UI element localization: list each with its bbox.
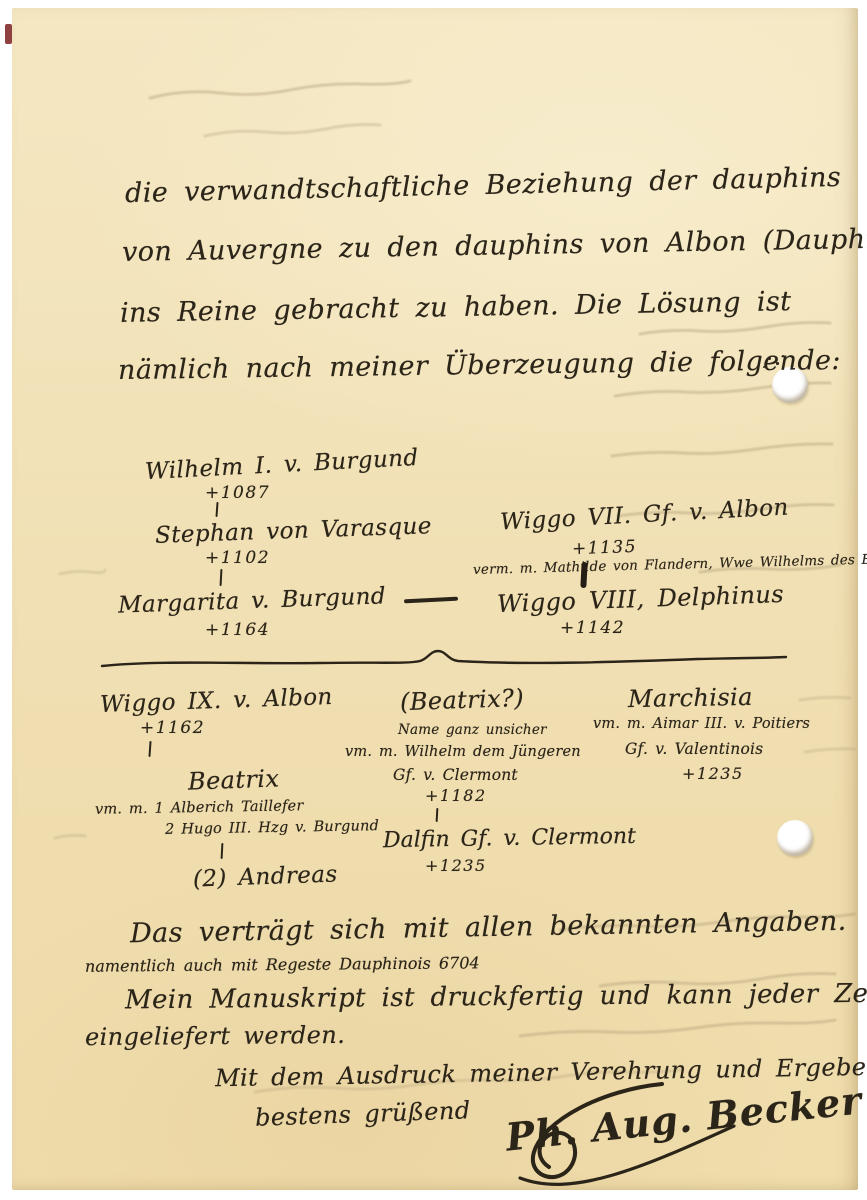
tree-person-wiggo8-death: +1142 [560, 618, 625, 638]
tree-person-beatrix2-name: (Beatrix?) [400, 684, 525, 716]
tree-person-beatrix2-title-note: Gf. v. Clermont [393, 766, 518, 784]
tree-person-wilhelm-death: +1087 [205, 483, 270, 503]
red-edge-mark [5, 24, 12, 44]
tree-person-marchisia-marriage-note: vm. m. Aimar III. v. Poitiers [593, 716, 810, 732]
tree-person-wiggo9-death: +1162 [140, 718, 205, 738]
punch-hole-bottom [777, 820, 813, 856]
tree-person-marchisia-title-note: Gf. v. Valentinois [625, 740, 763, 758]
closing-line-4: eingeliefert werden. [85, 1021, 345, 1051]
tree-person-beatrix-name: Beatrix [188, 764, 280, 795]
tree-person-beatrix2-marriage-note: vm. m. Wilhelm dem Jüngeren [345, 744, 581, 760]
scanned-letter-page: die verwandtschaftliche Beziehung der da… [0, 0, 867, 1200]
tree-person-margarita-death: +1164 [205, 620, 270, 640]
tree-person-stephan-death: +1102 [205, 548, 270, 568]
tree-person-wiggo7-death: +1135 [572, 537, 638, 559]
tree-person-andreas-name: (2) Andreas [193, 861, 338, 892]
tree-person-dalfin-death: +1235 [425, 856, 487, 875]
tree-person-dalfin-name: Dalfin Gf. v. Clermont [383, 824, 636, 853]
family-brace [98, 648, 790, 674]
tree-person-marchisia-death: +1235 [682, 764, 744, 783]
tree-person-beatrix2-death: +1182 [425, 786, 487, 805]
closing-line-2-reference: namentlich auch mit Regeste Dauphinois 6… [85, 953, 480, 975]
tree-person-beatrix2-note-uncertain: Name ganz unsicher [398, 722, 547, 738]
tree-person-marchisia-name: Marchisia [628, 683, 753, 713]
